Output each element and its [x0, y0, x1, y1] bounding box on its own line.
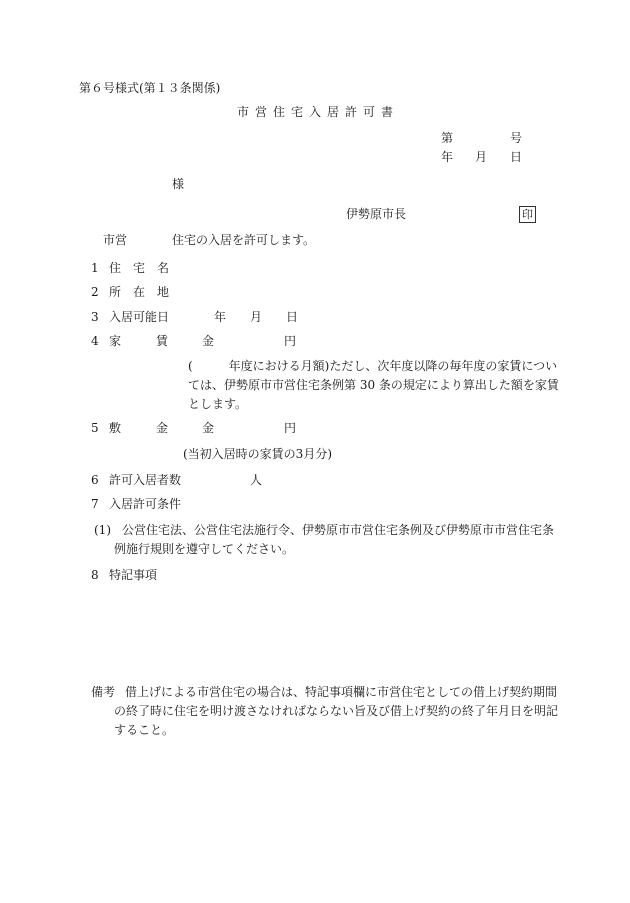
- condition-1-line-1: 公営住宅法、公営住宅法施行令、伊勢原市市営住宅条例及び伊勢原市市営住宅条: [122, 524, 554, 536]
- doc-number-suffix: 号: [510, 132, 522, 144]
- item-1-num: 1: [91, 262, 99, 274]
- seal: 印: [519, 206, 536, 223]
- item-3-month: 月: [250, 311, 262, 323]
- item-6-num: 6: [91, 474, 99, 486]
- item-3-label: 入居可能日: [109, 311, 169, 323]
- item-5-num: 5: [91, 422, 99, 434]
- issuer: 伊勢原市長: [346, 208, 406, 220]
- condition-1-line-2: 例施行規則を遵守してください。: [114, 543, 294, 555]
- permission-prefix: 市営: [103, 234, 127, 246]
- item-7-num: 7: [91, 498, 99, 510]
- item-5-note: (当初入居時の家賃の3月分): [183, 448, 332, 460]
- remarks-line-2: の終了時に住宅を明け渡さなければならない旨及び借上げ契約の終了年月日を明記: [114, 705, 558, 717]
- date-year: 年: [441, 151, 453, 163]
- condition-1-num: (1): [94, 524, 111, 536]
- permission-text: 住宅の入居を許可します。: [172, 234, 315, 246]
- item-4-num: 4: [91, 335, 99, 347]
- recipient-suffix: 様: [172, 178, 184, 190]
- doc-number-prefix: 第: [441, 132, 453, 144]
- item-5-amount-suffix: 円: [284, 422, 296, 434]
- item-4-note-line-3: とします。: [188, 398, 247, 410]
- date-month: 月: [475, 151, 487, 163]
- item-4-amount-prefix: 金: [202, 335, 214, 347]
- date-day: 日: [510, 151, 522, 163]
- item-7-label: 入居許可条件: [109, 498, 181, 510]
- item-8-label: 特記事項: [109, 569, 157, 581]
- item-4-note-line-2: ては、伊勢原市市営住宅条例第 30 条の規定により算出した額を家賃: [188, 379, 559, 391]
- item-2-label: 所在地: [109, 286, 181, 298]
- form-id: 第６号様式(第１３条関係): [79, 82, 220, 94]
- item-6-unit: 人: [250, 474, 262, 486]
- item-3-num: 3: [91, 311, 99, 323]
- item-4-label: 家賃: [109, 335, 203, 347]
- item-3-year: 年: [214, 311, 226, 323]
- page-title: 市営住宅入居許可書: [237, 106, 399, 118]
- remarks-label: 備考: [91, 686, 115, 698]
- remarks-line-1: 借上げによる市営住宅の場合は、特記事項欄に市営住宅としての借上げ契約期間: [125, 686, 557, 698]
- item-3-day: 日: [286, 311, 298, 323]
- item-5-label: 敷金: [109, 422, 203, 434]
- item-6-label: 許可入居者数: [109, 474, 181, 486]
- item-4-amount-suffix: 円: [284, 335, 296, 347]
- remarks-line-3: すること。: [114, 724, 174, 736]
- item-5-amount-prefix: 金: [202, 422, 214, 434]
- item-4-note-line-1: ( 年度における月額)ただし、次年度以降の毎年度の家賃につい: [188, 360, 557, 372]
- item-8-num: 8: [91, 569, 99, 581]
- item-1-label: 住宅名: [109, 262, 181, 274]
- item-2-num: 2: [91, 286, 99, 298]
